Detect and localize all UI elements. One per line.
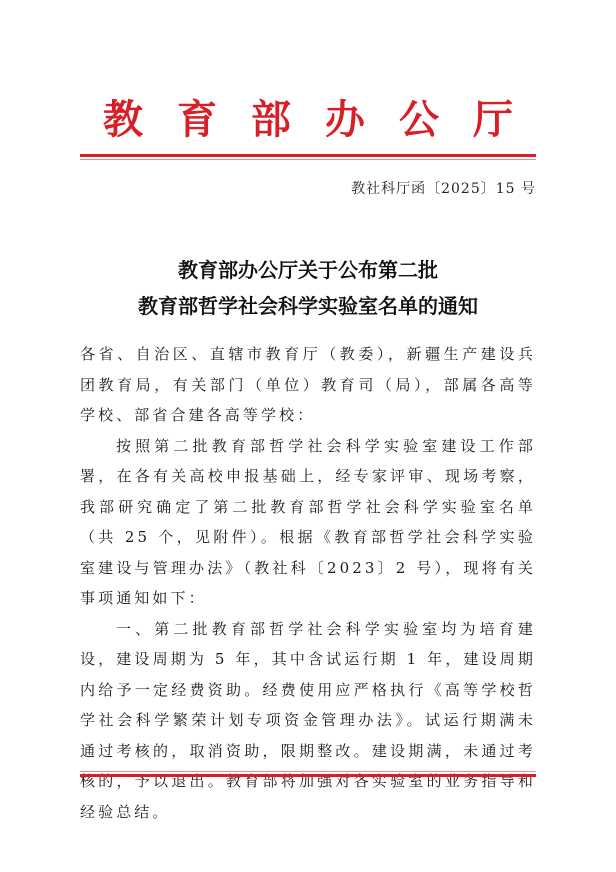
salutation: 各省、自治区、直辖市教育厅（教委），新疆生产建设兵团教育局，有关部门（单位）教育… [80, 339, 536, 431]
rule-thin-line [80, 771, 536, 772]
masthead: 教育部办公厅 [0, 90, 616, 150]
document-title: 教育部办公厅关于公布第二批 教育部哲学社会科学实验室名单的通知 [0, 252, 616, 324]
rule-thin-line [80, 159, 536, 160]
paragraph-1: 按照第二批教育部哲学社会科学实验室建设工作部署，在各有关高校申报基础上，经专家评… [80, 431, 536, 614]
rule-thick-line [80, 774, 536, 777]
paragraph-2: 一、第二批教育部哲学社会科学实验室均为培育建设，建设周期为 5 年，其中含试运行… [80, 614, 536, 828]
document-number: 教社科厅函〔2025〕15 号 [351, 178, 536, 198]
footer-red-rule [80, 771, 536, 777]
rule-thick-line [80, 154, 536, 157]
header-red-rule [80, 154, 536, 160]
title-line-2: 教育部哲学社会科学实验室名单的通知 [0, 288, 616, 324]
title-line-1: 教育部办公厅关于公布第二批 [0, 252, 616, 288]
document-body: 各省、自治区、直辖市教育厅（教委），新疆生产建设兵团教育局，有关部门（单位）教育… [80, 339, 536, 827]
